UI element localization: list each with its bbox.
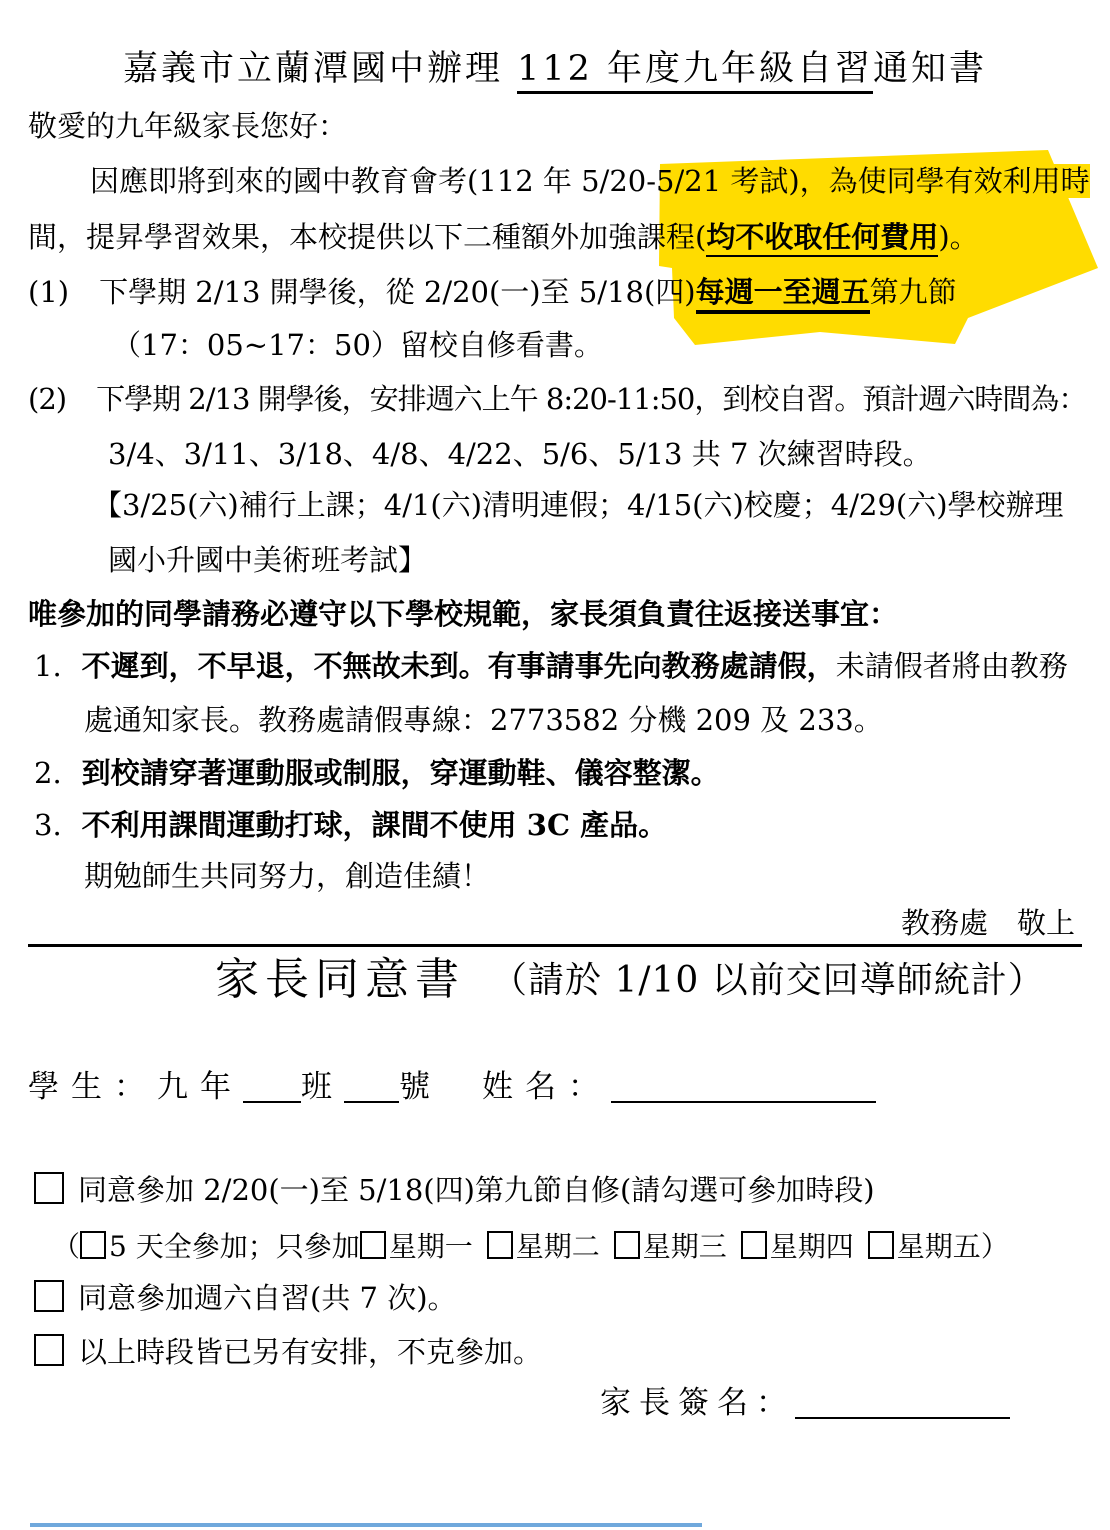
weekday-row-close-paren: ） <box>981 1230 1009 1263</box>
monday-label: 星期一 <box>389 1230 473 1263</box>
title-underlined-text: 112 年度九年級自習 <box>517 49 873 94</box>
program-item-1-line-2: （17：05~17：50）留校自修看書。 <box>112 327 603 363</box>
seat-number-label: 號 <box>399 1069 442 1105</box>
checkbox-option-1[interactable] <box>34 1172 64 1204</box>
item-1-text: 下學期 2/13 開學後，從 2/20(一)至 5/18(四) <box>99 275 696 309</box>
program-item-2-line-1: (2)下學期 2/13 開學後，安排週六上午 8:20-11:50，到校自習。預… <box>28 381 1086 417</box>
all-five-days-label: 5 天全參加；只參加 <box>109 1230 360 1263</box>
student-label: 學生：九年 <box>28 1069 243 1105</box>
rule-1-line-1: 1.不遲到，不早退，不無故未到。有事請事先向教務處請假，未請假者將由教務 <box>34 648 1068 684</box>
checkbox-thursday[interactable] <box>741 1231 767 1259</box>
name-label: 姓名： <box>482 1069 611 1105</box>
rule-1-line-2: 處通知家長。教務處請假專線：2773582 分機 209 及 233。 <box>84 702 883 738</box>
consent-option-2: 同意參加週六自習(共 7 次)。 <box>34 1280 457 1316</box>
item-1-number: (1) <box>28 275 69 309</box>
notice-document-page: 嘉義市立蘭潭國中辦理 112 年度九年級自習通知書 敬愛的九年級家長您好： 因應… <box>0 0 1110 1530</box>
tuesday-label: 星期二 <box>516 1230 600 1263</box>
consent-option-3-text: 以上時段皆已另有安排，不克參加。 <box>78 1335 542 1369</box>
section-divider <box>28 944 1082 947</box>
checkbox-all-five-days[interactable] <box>80 1231 106 1259</box>
consent-option-2-text: 同意參加週六自習(共 7 次)。 <box>78 1281 457 1315</box>
program-item-1-line-1: (1)下學期 2/13 開學後，從 2/20(一)至 5/18(四)每週一至週五… <box>28 274 957 310</box>
blank-parent-signature-field[interactable] <box>795 1385 1010 1419</box>
rule-1-bold-text: 不遲到，不早退，不無故未到。有事請事先向教務處請假， <box>82 649 836 683</box>
weekday-selection-line: （5 天全參加；只參加星期一星期二星期三星期四星期五） <box>52 1229 1009 1264</box>
day-group-thursday: 星期四 <box>741 1230 854 1263</box>
checkbox-friday[interactable] <box>868 1231 894 1259</box>
blank-name-field[interactable] <box>611 1069 876 1103</box>
class-label: 班 <box>301 1069 344 1105</box>
day-group-tuesday: 星期二 <box>487 1230 600 1263</box>
friday-label: 星期五 <box>897 1230 981 1263</box>
signoff-line: 教務處 敬上 <box>901 905 1075 941</box>
student-info-line: 學生：九年班號姓名： <box>28 1068 876 1107</box>
rule-1-number: 1. <box>34 649 62 683</box>
intro-line-2-hl-close: )。 <box>938 220 978 254</box>
program-item-2-line-2: 3/4、3/11、3/18、4/8、4/22、5/6、5/13 共 7 次練習時… <box>108 436 932 472</box>
rule-3-number: 3. <box>34 808 62 842</box>
rule-2-text: 到校請穿著運動服或制服，穿運動鞋、儀容整潔。 <box>82 756 720 790</box>
blank-class-field[interactable] <box>243 1069 301 1103</box>
intro-line-1: 因應即將到來的國中教育會考(112 年 5/20-5/21 考試)，為使同學有效… <box>90 163 1090 199</box>
consent-option-3: 以上時段皆已另有安排，不克參加。 <box>34 1334 542 1370</box>
no-fee-underlined-text: 均不收取任何費用 <box>706 220 938 257</box>
rule-3-line: 3.不利用課間運動打球，課間不使用 3C 產品。 <box>34 807 667 843</box>
rule-3-text: 不利用課間運動打球，課間不使用 3C 產品。 <box>82 808 667 842</box>
rule-2-number: 2. <box>34 756 62 790</box>
title-post: 通知書 <box>873 49 987 89</box>
checkbox-option-2[interactable] <box>34 1280 64 1312</box>
page-bottom-edge <box>30 1523 702 1527</box>
weekday-range-underlined-text: 每週一至週五 <box>696 275 870 314</box>
blank-seat-number-field[interactable] <box>344 1069 399 1103</box>
rules-intro-line: 唯參加的同學請務必遵守以下學校規範，家長須負責往返接送事宜： <box>28 596 898 632</box>
day-group-friday: 星期五 <box>868 1230 981 1263</box>
intro-line-2-plain: 間，提昇學習效果，本校提供以下二種額外加強課 <box>28 220 666 254</box>
intro-line-1-highlighted: 21 考試)，為使同學有效利用時 <box>684 164 1089 198</box>
checkbox-monday[interactable] <box>360 1231 386 1259</box>
consent-heading: 家長同意書 <box>215 954 465 1005</box>
rule-2-line: 2.到校請穿著運動服或制服，穿運動鞋、儀容整潔。 <box>34 755 720 791</box>
closing-line: 期勉師生共同努力，創造佳績！ <box>84 858 490 894</box>
program-item-2-line-3: 【3/25(六)補行上課；4/1(六)清明連假；4/15(六)校慶；4/29(六… <box>93 487 1064 523</box>
weekday-row-open-paren: （ <box>52 1230 80 1263</box>
checkbox-wednesday[interactable] <box>614 1231 640 1259</box>
day-group-wednesday: 星期三 <box>614 1230 727 1263</box>
item-1-ninth-period-text: 第九節 <box>870 275 957 309</box>
document-title: 嘉義市立蘭潭國中辦理 112 年度九年級自習通知書 <box>0 48 1110 92</box>
intro-line-1-plain: 因應即將到來的國中教育會考(112 年 5/20-5/ <box>90 164 684 198</box>
parent-signature-label: 家長簽名： <box>600 1385 795 1421</box>
item-2-number: (2) <box>28 382 66 416</box>
wednesday-label: 星期三 <box>643 1230 727 1263</box>
parent-signature-line: 家長簽名： <box>600 1384 1010 1423</box>
consent-option-1-text: 同意參加 2/20(一)至 5/18(四)第九節自修(請勾選可參加時段) <box>78 1173 875 1207</box>
rule-1-plain-text: 未請假者將由教務 <box>836 649 1068 683</box>
intro-line-2: 間，提昇學習效果，本校提供以下二種額外加強課程(均不收取任何費用)。 <box>28 219 979 255</box>
intro-line-2-hl-open: 程( <box>666 220 706 254</box>
consent-option-1: 同意參加 2/20(一)至 5/18(四)第九節自修(請勾選可參加時段) <box>34 1172 875 1208</box>
greeting-line: 敬愛的九年級家長您好： <box>28 108 347 144</box>
title-pre: 嘉義市立蘭潭國中辦理 <box>123 49 517 89</box>
consent-heading-note: （請於 1/10 以前交回導師統計） <box>491 960 1045 1001</box>
checkbox-tuesday[interactable] <box>487 1231 513 1259</box>
program-item-2-line-4: 國小升國中美術班考試】 <box>108 542 427 578</box>
checkbox-option-3[interactable] <box>34 1334 64 1366</box>
consent-heading-line: 家長同意書（請於 1/10 以前交回導師統計） <box>215 952 1045 1007</box>
thursday-label: 星期四 <box>770 1230 854 1263</box>
item-2-text: 下學期 2/13 開學後，安排週六上午 8:20-11:50，到校自習。預計週六… <box>96 382 1086 416</box>
